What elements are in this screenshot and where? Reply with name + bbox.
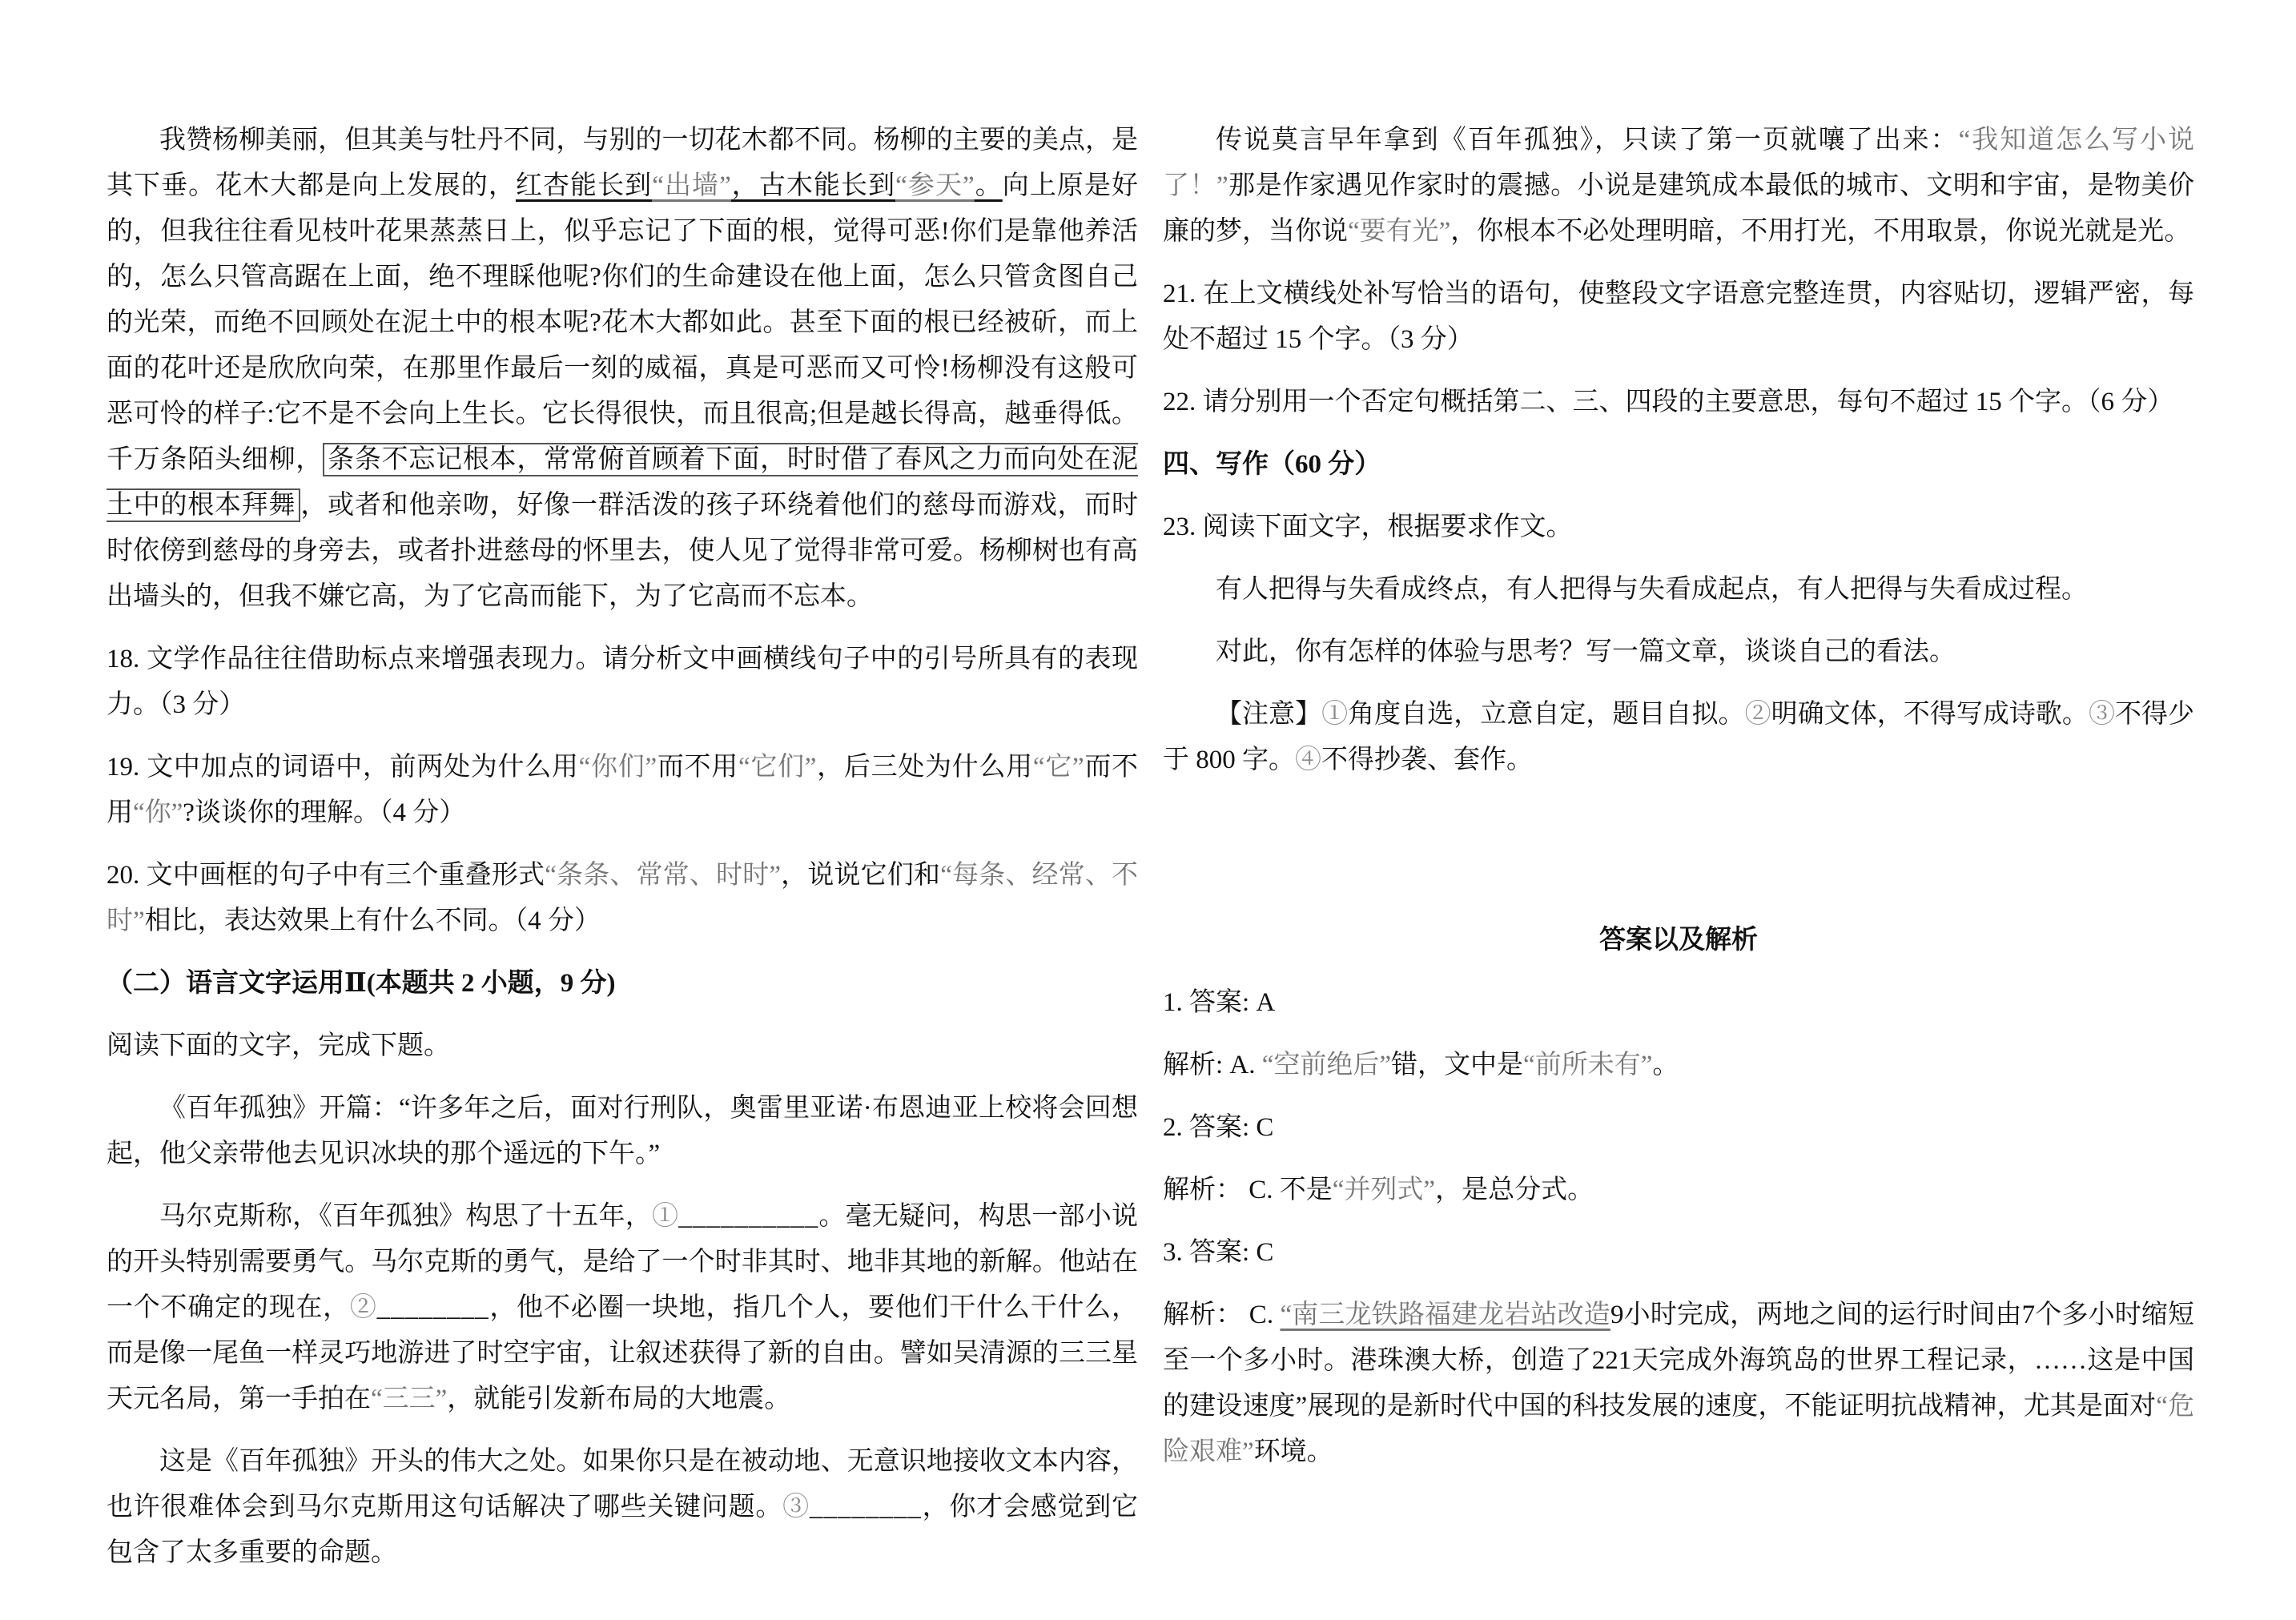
solitude-opening-paragraph: 《百年孤独》开篇：“许多年之后，面对行刑队，奥雷里亚诺·布恩迪亚上校将会回想起，…	[107, 1086, 1138, 1177]
question-20: 20. 文中画框的句子中有三个重叠形式“条条、常常、时时”，说说它们和“每条、经…	[107, 853, 1138, 944]
left-column: 我赞杨柳美丽，但其美与牡丹不同，与别的一切花木都不同。杨柳的主要的美点，是其下垂…	[107, 118, 1138, 1593]
question-18: 18. 文学作品往往借助标点来增强表现力。请分析文中画横线句子中的引号所具有的表…	[107, 637, 1138, 728]
essay-prompt-line-1: 有人把得与失看成终点，有人把得与失看成起点，有人把得与失看成过程。	[1163, 567, 2194, 613]
willow-passage: 我赞杨柳美丽，但其美与牡丹不同，与别的一切花木都不同。杨柳的主要的美点，是其下垂…	[107, 118, 1138, 620]
answer-3-analysis: 解析： C. “南三龙铁路福建龙岩站改造9小时完成，两地之间的运行时间由7个多小…	[1163, 1292, 2194, 1475]
essay-prompt-line-2: 对此，你有怎样的体验与思考？写一篇文章，谈谈自己的看法。	[1163, 629, 2194, 675]
question-21: 21. 在上文横线处补写恰当的语句，使整段文字语意完整连贯，内容贴切，逻辑严密，…	[1163, 271, 2194, 363]
answers-section-header: 答案以及解析	[1163, 918, 2194, 963]
marquez-paragraph: 马尔克斯称，《百年孤独》构思了十五年，①__________。毫无疑问，构思一部…	[107, 1194, 1138, 1422]
moyan-paragraph: 传说莫言早年拿到《百年孤独》，只读了第一页就嚷了出来：“我知道怎么写小说了！”那…	[1163, 118, 2194, 255]
answer-1-label: 1. 答案: A	[1163, 980, 2194, 1026]
section-4-header: 四、写作（60 分）	[1163, 442, 2194, 488]
answer-2-analysis: 解析： C. 不是“并列式”，是总分式。	[1163, 1168, 2194, 1213]
greatness-paragraph: 这是《百年孤独》开头的伟大之处。如果你只是在被动地、无意识地接收文本内容，也许很…	[107, 1439, 1138, 1576]
section-2-header: （二）语言文字运用Ⅱ(本题共 2 小题，9 分)	[107, 961, 1138, 1007]
question-22: 22. 请分别用一个否定句概括第二、三、四段的主要意思，每句不超过 15 个字。…	[1163, 380, 2194, 425]
right-column: 传说莫言早年拿到《百年孤独》，只读了第一页就嚷了出来：“我知道怎么写小说了！”那…	[1163, 118, 2194, 1492]
answer-2-label: 2. 答案: C	[1163, 1105, 2194, 1151]
question-23: 23. 阅读下面文字，根据要求作文。	[1163, 504, 2194, 550]
exam-document-page: { "page": { "background": "#ffffff", "te…	[0, 0, 2296, 1620]
question-19: 19. 文中加点的词语中，前两处为什么用“你们”而不用“它们”，后三处为什么用“…	[107, 745, 1138, 836]
reading-instruction: 阅读下面的文字，完成下题。	[107, 1023, 1138, 1069]
essay-notice: 【注意】①角度自选，立意自定，题目自拟。②明确文体，不得写成诗歌。③不得少于 8…	[1163, 692, 2194, 783]
answer-3-label: 3. 答案: C	[1163, 1230, 2194, 1276]
answer-1-analysis: 解析: A. “空前绝后”错，文中是“前所未有”。	[1163, 1043, 2194, 1088]
